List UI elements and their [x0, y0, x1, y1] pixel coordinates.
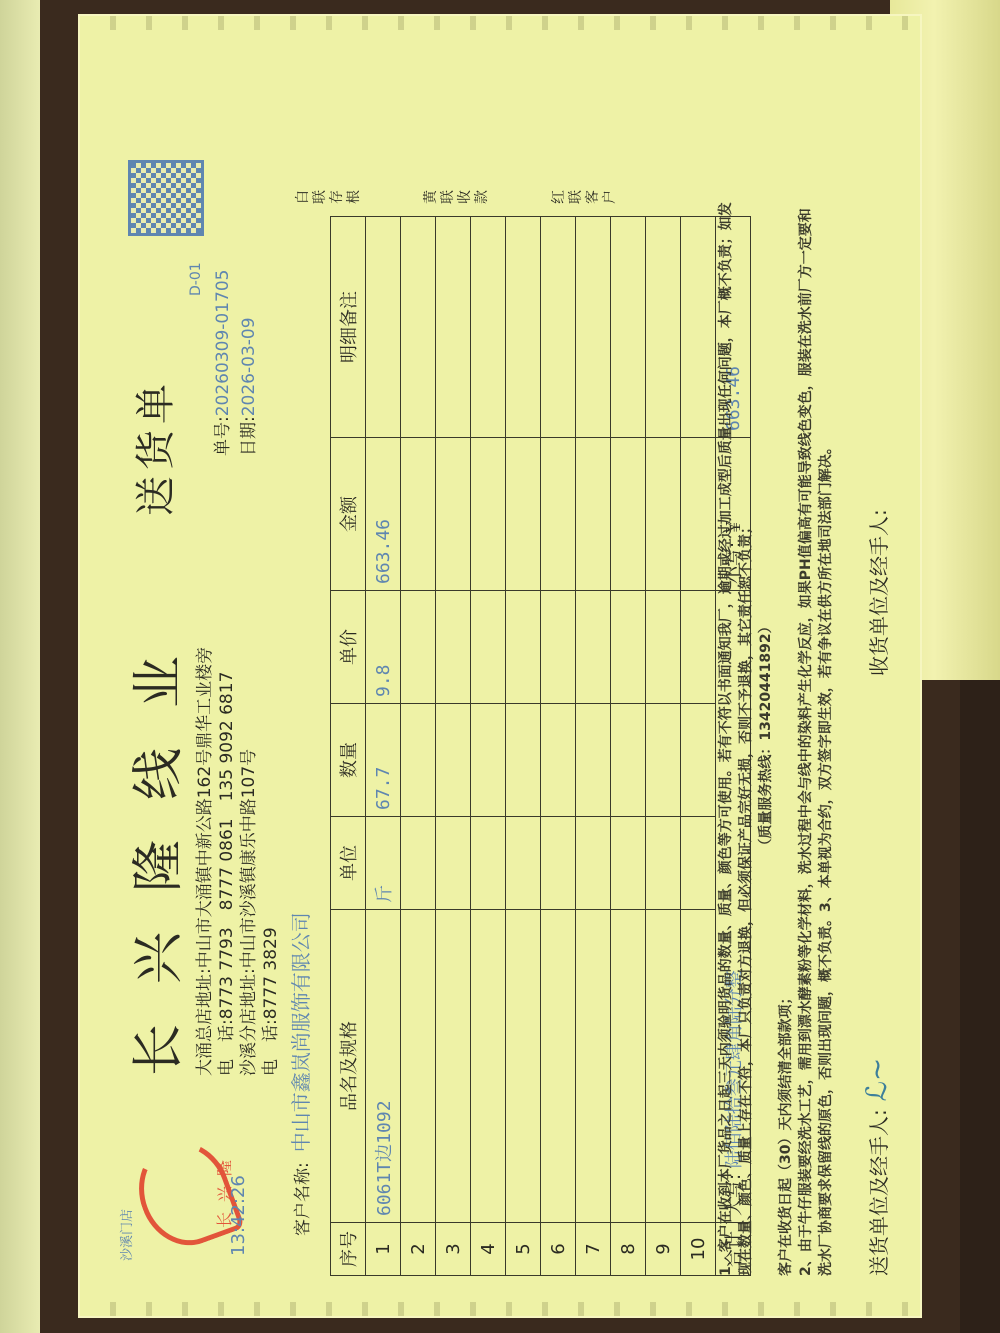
branch-label: 沙溪分店地址:: [239, 968, 259, 1076]
row-no: 1: [366, 1223, 401, 1276]
note-payment: 客户在收货日起（30）天内须结清全部款项；: [776, 196, 796, 1276]
qr-code-icon: [128, 160, 204, 236]
customer-name: 中山市鑫岚尚服饰有限公司: [289, 912, 313, 1152]
table-row: 8: [611, 217, 646, 1276]
row-no: 4: [471, 1223, 506, 1276]
copy-label-white: 白联存根: [295, 182, 363, 204]
header-amount: 金额: [331, 438, 366, 591]
company-name: 长兴隆线业: [116, 616, 191, 1076]
sender-signature-field: 送货单位及经手人:ℒ~: [860, 1058, 893, 1276]
store-stamp: 沙溪门店: [116, 1209, 135, 1261]
background-desk: [960, 680, 1000, 1333]
row-no: 8: [611, 1223, 646, 1276]
header-note: 明细备注: [331, 217, 366, 438]
copy-label-yellow: 黄联收款: [423, 182, 491, 204]
table-row: 5: [506, 217, 541, 1276]
header-no: 序号: [331, 1223, 366, 1276]
print-time: 13:42:26: [228, 1175, 249, 1256]
branch-phone: 8777 3829: [261, 927, 281, 1019]
header-price: 单价: [331, 591, 366, 704]
main-phone: 8773 7793 8777 0861 135 9092 6817: [217, 672, 237, 1020]
order-no: 20260309-01705: [213, 270, 233, 417]
item-qty: 67.7: [366, 704, 401, 817]
customer: 客户名称:中山市鑫岚尚服饰有限公司: [285, 912, 314, 1236]
date-label: 日期:: [239, 416, 259, 456]
perforation-left: [80, 1302, 920, 1316]
table-row: 10: [681, 217, 716, 1276]
row-no: 6: [541, 1223, 576, 1276]
table-header: 序号 品名及规格 单位 数量 单价 金额 明细备注: [331, 217, 366, 1276]
order-no-label: 单号:: [213, 416, 233, 456]
customer-label: 客户名称:: [293, 1162, 313, 1236]
item-note: [366, 217, 401, 438]
row-no: 10: [681, 1223, 716, 1276]
background-paper-left: [0, 0, 40, 1333]
note-2: 2、由于牛仔服装要经洗水工艺，需用到漂水酵素粉等化学材料，洗水过程中会与线中的染…: [796, 196, 836, 1276]
row-no: 9: [646, 1223, 681, 1276]
header: 沙溪门店 长兴隆 13:42:26 长兴隆线业 送货单 大涌总店地址:中山市大涌…: [110, 56, 320, 1276]
receiver-signature-field: 收货单位及经手人:: [860, 501, 893, 676]
main-phone-label: 电 话:: [217, 1019, 237, 1076]
order-meta: 单号:20260309-01705 日期:2026-03-09: [210, 270, 262, 456]
copy-labels: 白联存根 黄联收款 红联客户: [295, 182, 679, 204]
date: 2026-03-09: [239, 317, 259, 416]
table-row: 4: [471, 217, 506, 1276]
address-block: 大涌总店地址:中山市大涌镇中新公路162号鼎华工业楼旁 电 话:8773 779…: [194, 647, 282, 1076]
table-row: 6: [541, 217, 576, 1276]
form-code: D-01: [188, 262, 204, 296]
copy-label-red: 红联客户: [551, 182, 619, 204]
table-row: 2: [401, 217, 436, 1276]
table-row: 7: [576, 217, 611, 1276]
branch-address: 中山市沙溪镇康乐中路107号: [239, 749, 259, 968]
sender-signature: ℒ~: [860, 1058, 893, 1102]
sender-label: 送货单位及经手人:: [867, 1109, 891, 1276]
header-unit: 单位: [331, 817, 366, 910]
item-price: 9.8: [366, 591, 401, 704]
receiver-label: 收货单位及经手人:: [867, 509, 891, 676]
row-no: 7: [576, 1223, 611, 1276]
note-hotline: （质量服务热线：13420441892）: [756, 196, 776, 1276]
branch-phone-label: 电 话:: [261, 1019, 281, 1076]
company-logo: 长兴隆: [140, 1146, 230, 1256]
main-store-address: 中山市大涌镇中新公路162号鼎华工业楼旁: [195, 647, 215, 968]
item-amount: 663.46: [366, 438, 401, 591]
header-name: 品名及规格: [331, 910, 366, 1223]
items-table: 序号 品名及规格 单位 数量 单价 金额 明细备注 1 6061T边1092 斤…: [330, 216, 751, 1276]
perforation-right: [80, 16, 920, 30]
document-type: 送货单: [124, 378, 181, 516]
row-no: 5: [506, 1223, 541, 1276]
terms-notes: 1、客户在收到本厂货品之日起三天内须验明货品的数量、质量、颜色等方可使用。若有不…: [716, 196, 836, 1276]
delivery-note: 沙溪门店 长兴隆 13:42:26 长兴隆线业 送货单 大涌总店地址:中山市大涌…: [80, 16, 920, 1316]
header-qty: 数量: [331, 704, 366, 817]
row-no: 2: [401, 1223, 436, 1276]
table-row: 1 6061T边1092 斤 67.7 9.8 663.46: [366, 217, 401, 1276]
table-row: 9: [646, 217, 681, 1276]
main-store-label: 大涌总店地址:: [195, 968, 215, 1076]
row-no: 3: [436, 1223, 471, 1276]
item-unit: 斤: [366, 817, 401, 910]
note-1: 1、客户在收到本厂货品之日起三天内须验明货品的数量、质量、颜色等方可使用。若有不…: [716, 196, 756, 1276]
table-row: 3: [436, 217, 471, 1276]
item-name: 6061T边1092: [366, 910, 401, 1223]
